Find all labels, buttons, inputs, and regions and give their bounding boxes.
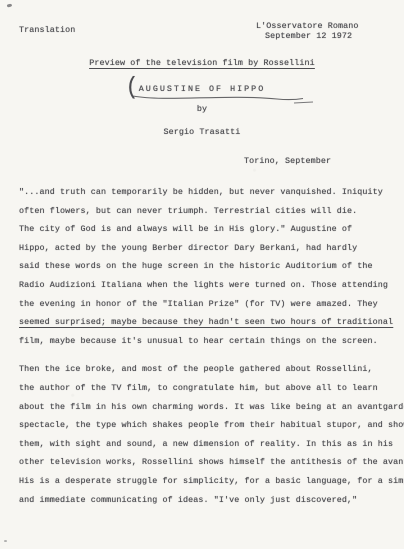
- body-line-text: spectacle, the type which shakes people …: [19, 420, 404, 430]
- body-line: the evening in honor of the "Italian Pri…: [19, 295, 391, 314]
- body-line-text: Radio Audizioni Italiana when the lights…: [19, 280, 388, 290]
- body-line: other television works, Rossellini shows…: [19, 453, 391, 472]
- scan-artifact: [4, 540, 7, 542]
- body-line-text: "...and truth can temporarily be hidden,…: [19, 187, 383, 197]
- article-heading: Preview of the television film by Rossel…: [0, 58, 404, 68]
- body-line: His is a desperate struggle for simplici…: [19, 472, 391, 491]
- body-line-text: Then the ice broke, and most of the peop…: [19, 364, 373, 374]
- body-line-text: seemed surprised; maybe because they had…: [19, 317, 393, 327]
- body-line: and immediate communicating of ideas. "I…: [19, 491, 391, 510]
- body-line: Radio Audizioni Italiana when the lights…: [19, 276, 391, 295]
- body-line-text: Hippo, acted by the young Berber directo…: [19, 243, 357, 253]
- film-title-wrap: ( AUGUSTINE OF HIPPO: [139, 84, 265, 94]
- body-line: seemed surprised; maybe because they had…: [19, 313, 391, 332]
- body-line: the author of the TV film, to congratula…: [19, 379, 391, 398]
- article-body: "...and truth can temporarily be hidden,…: [19, 183, 391, 509]
- body-line-text: the author of the TV film, to congratula…: [19, 383, 378, 393]
- publication-name: L'Osservatore Romano: [256, 21, 359, 31]
- body-line-text: about the film in his own charming words…: [19, 402, 404, 412]
- body-line-text: the evening in honor of the "Italian Pri…: [19, 299, 378, 309]
- article-heading-text: Preview of the television film by Rossel…: [89, 58, 315, 68]
- body-line-text: said these words on the huge screen in t…: [19, 261, 373, 271]
- body-line: about the film in his own charming words…: [19, 398, 391, 417]
- body-line-text: often flowers, but can never triumph. Te…: [19, 206, 357, 216]
- author-name: Sergio Trasatti: [0, 127, 404, 137]
- body-line: "...and truth can temporarily be hidden,…: [19, 183, 391, 202]
- scan-artifact: [7, 3, 13, 7]
- scanned-document-page: Translation L'Osservatore Romano Septemb…: [0, 0, 404, 549]
- film-title-line: ( AUGUSTINE OF HIPPO: [0, 84, 404, 94]
- body-line-text: The city of God is and always will be in…: [19, 224, 352, 234]
- publication-block: L'Osservatore Romano September 12 1972: [256, 21, 359, 41]
- body-line: The city of God is and always will be in…: [19, 220, 391, 239]
- body-line: Hippo, acted by the young Berber directo…: [19, 239, 391, 258]
- publication-date: September 12 1972: [265, 31, 359, 41]
- body-line: said these words on the huge screen in t…: [19, 257, 391, 276]
- translation-label: Translation: [19, 25, 75, 35]
- body-line: often flowers, but can never triumph. Te…: [19, 202, 391, 221]
- body-line-text: them, with sight and sound, a new dimens…: [19, 439, 393, 449]
- dateline: Torino, September: [244, 156, 331, 166]
- byline-by-label: by: [0, 104, 404, 114]
- body-line-text: other television works, Rossellini shows…: [19, 457, 404, 467]
- body-line: spectacle, the type which shakes people …: [19, 416, 391, 435]
- body-line-text: film, maybe because it's unusual to hear…: [19, 336, 378, 346]
- body-line: film, maybe because it's unusual to hear…: [19, 332, 391, 351]
- body-line: them, with sight and sound, a new dimens…: [19, 435, 391, 454]
- body-line-text: His is a desperate struggle for simplici…: [19, 476, 404, 486]
- body-line: Then the ice broke, and most of the peop…: [19, 360, 391, 379]
- body-line-text: and immediate communicating of ideas. "I…: [19, 495, 357, 505]
